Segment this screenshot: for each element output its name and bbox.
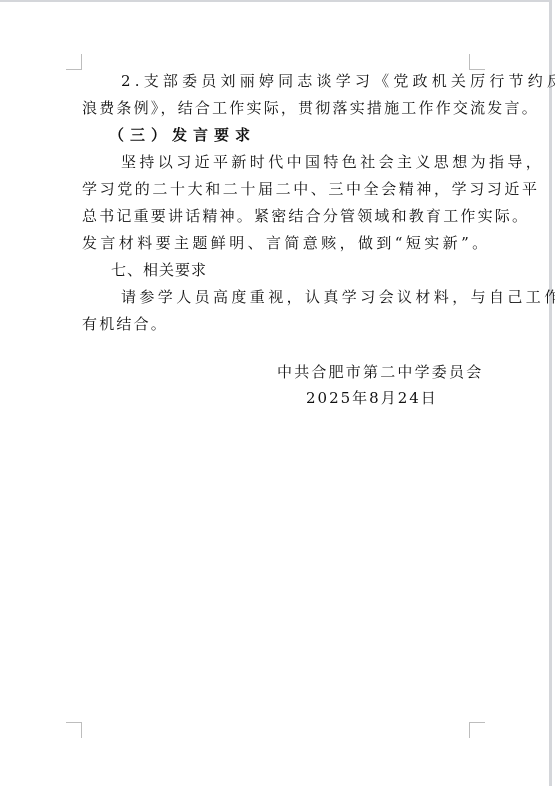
signature-date: 2025年8月24日 (306, 385, 438, 411)
paragraph-requirements-line-1: 坚持以习近平新时代中国特色社会主义思想为指导， (82, 149, 472, 176)
paragraph-item-2-line-1: 2.支部委员刘丽婷同志谈学习《党政机关厉行节约反对 (82, 68, 472, 95)
document-page: 2.支部委员刘丽婷同志谈学习《党政机关厉行节约反对 浪费条例》，结合工作实际，贯… (0, 0, 552, 786)
section-heading-speech-requirements: （三）发言要求 (82, 122, 472, 149)
signature-organization: 中共合肥市第二中学委员会 (277, 359, 483, 385)
margin-corner-mark-top-left (66, 54, 82, 70)
paragraph-related-line-2: 有机结合。 (82, 311, 472, 338)
section-heading-related-requirements: 七、相关要求 (82, 257, 472, 284)
paragraph-item-2-line-2: 浪费条例》，结合工作实际，贯彻落实措施工作作交流发言。 (82, 95, 472, 122)
margin-corner-mark-bottom-right (469, 722, 485, 738)
paragraph-related-line-1: 请参学人员高度重视，认真学习会议材料，与自己工作 (82, 284, 472, 311)
margin-corner-mark-bottom-left (66, 722, 82, 738)
paragraph-requirements-line-3: 总书记重要讲话精神。紧密结合分管领域和教育工作实际。 (82, 203, 472, 230)
paragraph-requirements-line-4: 发言材料要主题鲜明、言简意赅，做到“短实新”。 (82, 230, 472, 257)
paragraph-requirements-line-2: 学习党的二十大和二十届二中、三中全会精神，学习习近平 (82, 176, 472, 203)
document-body: 2.支部委员刘丽婷同志谈学习《党政机关厉行节约反对 浪费条例》，结合工作实际，贯… (82, 68, 472, 338)
